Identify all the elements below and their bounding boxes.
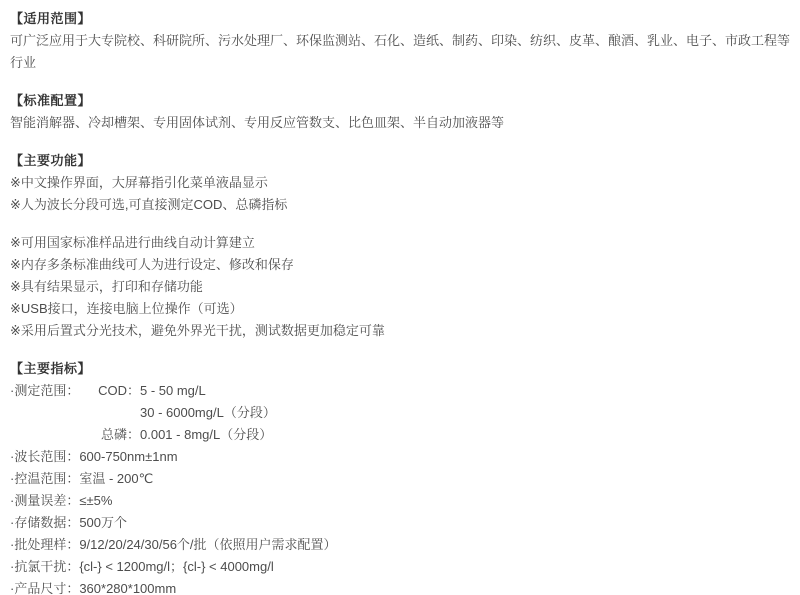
spec-line: ·控温范围：室温 - 200℃: [10, 468, 790, 490]
standard-config-text: 智能消解器、冷却槽架、专用固体试剂、专用反应管数支、比色皿架、半自动加液器等: [10, 112, 790, 134]
scope-text: 可广泛应用于大专院校、科研院所、污水处理厂、环保监测站、石化、造纸、制药、印染、…: [10, 30, 790, 74]
range-row-name: 总磷：: [101, 424, 140, 446]
standard-config-header: 【标准配置】: [10, 90, 790, 112]
feature-line: ※采用后置式分光技术，避免外界光干扰，测试数据更加稳定可靠: [10, 320, 790, 342]
range-label-spacer: [10, 402, 98, 424]
feature-line: ※可用国家标准样品进行曲线自动计算建立: [10, 232, 790, 254]
feature-line: ※具有结果显示，打印和存储功能: [10, 276, 790, 298]
section-main-indicators: 【主要指标】 ·测定范围： COD： 5 - 50 mg/L 30 - 6000…: [10, 358, 790, 595]
section-standard-config: 【标准配置】 智能消解器、冷却槽架、专用固体试剂、专用反应管数支、比色皿架、半自…: [10, 90, 790, 134]
feature-line: ※中文操作界面，大屏幕指引化菜单液晶显示: [10, 172, 790, 194]
range-label-spacer: [10, 424, 98, 446]
main-functions-group2: ※可用国家标准样品进行曲线自动计算建立 ※内存多条标准曲线可人为进行设定、修改和…: [10, 232, 790, 342]
feature-line: ※内存多条标准曲线可人为进行设定、修改和保存: [10, 254, 790, 276]
spec-line: ·批处理样：9/12/20/24/30/56个/批（依照用户需求配置）: [10, 534, 790, 556]
spec-line: ·测量误差：≤±5%: [10, 490, 790, 512]
scope-header: 【适用范围】: [10, 8, 790, 30]
measurement-range-table: ·测定范围： COD： 5 - 50 mg/L 30 - 6000mg/L（分段…: [10, 380, 790, 446]
spec-line: ·抗氯干扰：{cl-} < 1200mg/l；{cl-} < 4000mg/l: [10, 556, 790, 578]
section-scope: 【适用范围】 可广泛应用于大专院校、科研院所、污水处理厂、环保监测站、石化、造纸…: [10, 8, 790, 74]
main-indicators-header: 【主要指标】: [10, 358, 790, 380]
product-spec-document: 【适用范围】 可广泛应用于大专院校、科研院所、污水处理厂、环保监测站、石化、造纸…: [0, 0, 800, 595]
range-label: ·测定范围：: [10, 380, 98, 402]
range-row-value: 30 - 6000mg/L（分段）: [140, 402, 790, 424]
range-row-name: COD：: [98, 380, 140, 402]
spec-line: ·产品尺寸：360*280*100mm: [10, 578, 790, 595]
main-functions-header: 【主要功能】: [10, 150, 790, 172]
range-row-value: 0.001 - 8mg/L（分段）: [140, 424, 790, 446]
spec-line: ·波长范围：600-750nm±1nm: [10, 446, 790, 468]
feature-line: ※人为波长分段可选,可直接测定COD、总磷指标: [10, 194, 790, 216]
feature-line: ※USB接口，连接电脑上位操作（可选）: [10, 298, 790, 320]
range-row-value: 5 - 50 mg/L: [140, 380, 790, 402]
spec-line: ·存储数据：500万个: [10, 512, 790, 534]
section-main-functions: 【主要功能】 ※中文操作界面，大屏幕指引化菜单液晶显示 ※人为波长分段可选,可直…: [10, 150, 790, 216]
